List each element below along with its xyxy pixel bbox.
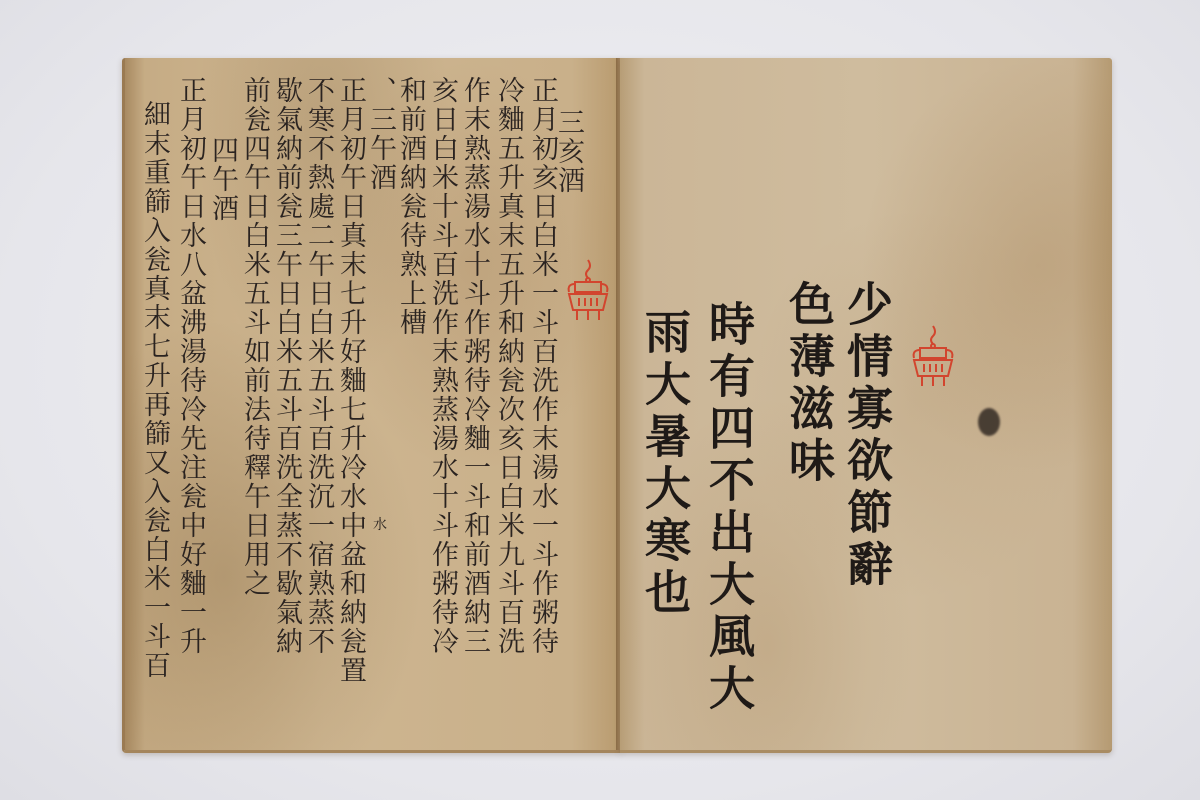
incense-burner-seal-icon: [906, 324, 960, 394]
cursive-column: 少情寡欲節辭: [842, 280, 892, 592]
heading-four-o-wine: 四午酒: [207, 136, 237, 223]
cursive-column: 時有四不出大風大: [704, 300, 754, 716]
text-column: 細末重篩入瓮真末七升再篩又入瓮白米一斗百: [139, 100, 169, 680]
cursive-column: 雨大暑大寒也: [640, 308, 690, 620]
incense-burner-seal-icon: [561, 258, 615, 328]
text-column: 亥日白米十斗百洗作末熟蒸湯水十斗作粥待冷: [427, 76, 457, 656]
text-column: 作末熟蒸湯水十斗作粥待冷麯一斗和前酒納三: [459, 76, 489, 656]
text-column: 正月初午日真末七升好麯七升冷水中盆和納瓮置: [335, 76, 365, 685]
text-column: 和前酒納瓮待熟上槽: [395, 76, 425, 337]
text-column: 前瓮四午日白米五斗如前法待釋午日用之: [239, 76, 269, 598]
right-page: 少情寡欲節辭 色薄滋味 時有四不出大風大 雨大暑大寒也: [620, 58, 1112, 753]
heading-three-o-wine: 、三午酒: [365, 76, 395, 192]
text-column: 不寒不熱處二午日白米五斗百洗沉一宿熟蒸不: [303, 76, 333, 656]
text-column: 冷麯五升真末五升和納瓮次亥日白米九斗百洗: [493, 76, 523, 656]
text-column: 正月初午日水八盆沸湯待冷先注瓮中好麯一升: [175, 76, 205, 656]
manuscript-book: 三亥酒 正月初亥日白米一斗百洗作末湯水一斗作粥待 冷麯五升真末五升和納瓮次亥日白…: [122, 58, 1118, 750]
cursive-column: 色薄滋味: [784, 280, 834, 488]
text-column: 正月初亥日白米一斗百洗作末湯水一斗作粥待: [527, 76, 557, 656]
ink-blot: [978, 408, 1000, 436]
interlinear-note: 水: [373, 514, 387, 534]
text-column: 歇氣納前瓮三午日白米五斗百洗全蒸不歇氣納: [271, 76, 301, 656]
left-page: 三亥酒 正月初亥日白米一斗百洗作末湯水一斗作粥待 冷麯五升真末五升和納瓮次亥日白…: [122, 58, 621, 753]
